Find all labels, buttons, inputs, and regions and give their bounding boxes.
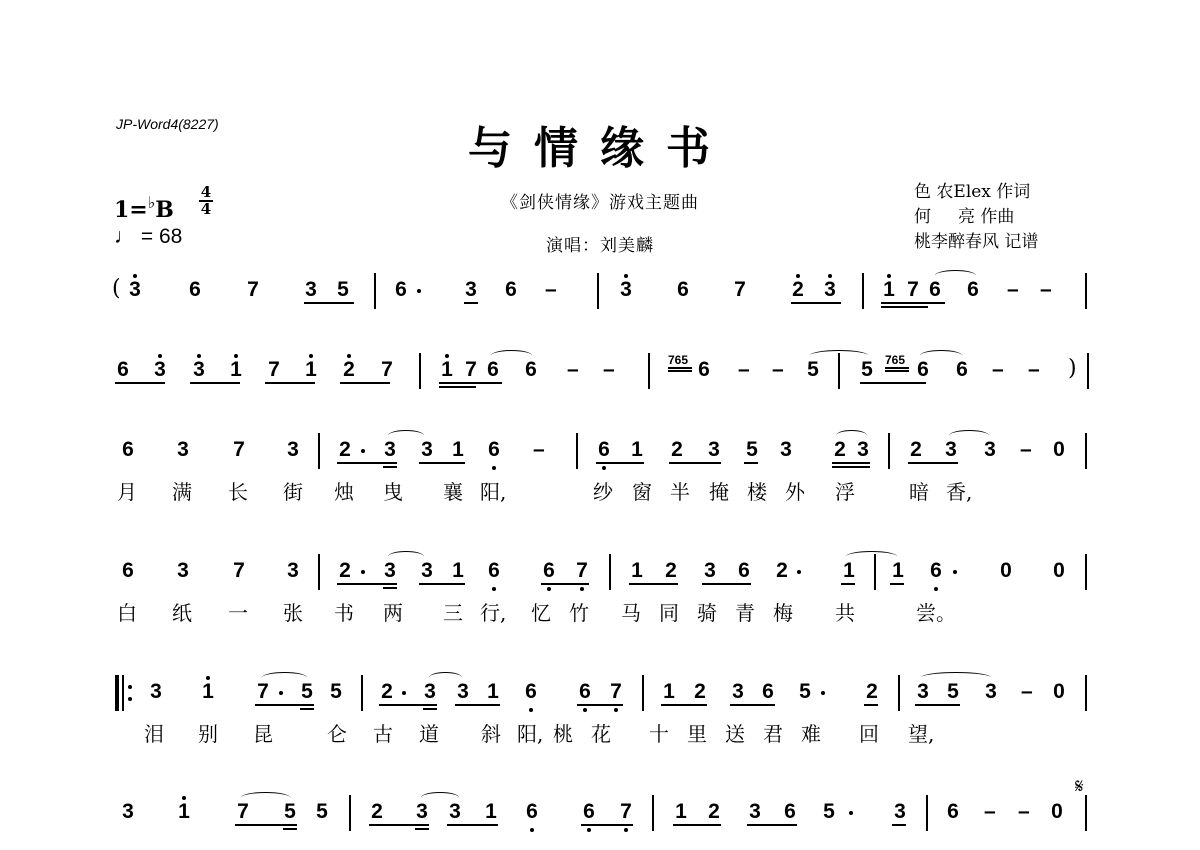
note: 0 [1052, 438, 1066, 462]
lyric-char: 尝。 [916, 601, 938, 625]
slur-arc [921, 672, 991, 683]
low-octave-dot [530, 828, 534, 832]
note: 7 [619, 800, 633, 824]
barline [642, 675, 644, 711]
note: 3 [707, 438, 721, 462]
barline [374, 273, 376, 309]
duration-underline [730, 704, 775, 706]
repeat-dot [128, 685, 132, 689]
song-title: 与情缘书 [0, 112, 1200, 176]
lyric-char: 两 [382, 601, 404, 625]
note: 0 [1052, 559, 1066, 583]
grace-underline [885, 367, 909, 369]
note: 6 [916, 358, 930, 382]
lyric-char: 泪 [143, 722, 165, 746]
duration-underline [423, 708, 437, 710]
note: 3 [420, 438, 434, 462]
sustain-dash: – [738, 358, 750, 382]
duration-underline [747, 824, 797, 826]
note: 6 [783, 800, 797, 824]
composer-credit: 何 亮 作曲 [914, 205, 1038, 230]
note: 2 [370, 800, 384, 824]
lyric-char: 纸 [171, 601, 193, 625]
note: 3 [823, 278, 837, 302]
augmentation-dot [402, 691, 406, 695]
duration-underline [439, 382, 502, 384]
note: 6 [394, 278, 408, 302]
lyric-char: 掩 [708, 480, 730, 504]
augmentation-dot [417, 289, 421, 293]
note: 3 [984, 680, 998, 704]
lyric-char: 月 [116, 480, 138, 504]
note: 2 [338, 438, 352, 462]
barline [609, 554, 611, 590]
lyric-char: 街 [282, 480, 304, 504]
lyric-char: 纱 [592, 480, 614, 504]
note: 1 [484, 800, 498, 824]
lyric-char: 斜 [480, 722, 502, 746]
note: 7 [380, 358, 394, 382]
duration-underline [383, 466, 397, 468]
slur-arc [949, 430, 989, 441]
duration-underline [464, 302, 478, 304]
duration-underline [908, 462, 958, 464]
lyric-char: 阳, [480, 480, 502, 504]
note: 3 [456, 680, 470, 704]
barline [1085, 795, 1087, 831]
note: 1 [451, 438, 465, 462]
duration-underline [661, 704, 707, 706]
lyric-char: 忆 [530, 601, 552, 625]
note: 6 [486, 358, 500, 382]
barline [1085, 433, 1087, 469]
quarter-note-icon: ♩ [114, 225, 135, 248]
slur-arc [810, 350, 868, 361]
lyric-char: 回 [858, 722, 880, 746]
lyric-char: 梅 [772, 601, 794, 625]
duration-underline [190, 382, 240, 384]
credits-block: 色 农Elex 作词 何 亮 作曲 桃李醉春风 记谱 [914, 180, 1038, 255]
augmentation-dot [361, 570, 365, 574]
note: 5 [329, 680, 343, 704]
high-octave-dot [158, 354, 162, 358]
sustain-dash: – [603, 358, 615, 382]
note: 3 [856, 438, 870, 462]
low-octave-dot [547, 587, 551, 591]
lyric-char: 半 [669, 480, 691, 504]
barline [888, 433, 890, 469]
duration-underline [383, 587, 397, 589]
repeat-thick-bar [115, 675, 119, 711]
duration-underline [881, 306, 928, 308]
note: 6 [966, 278, 980, 302]
augmentation-dot [797, 570, 801, 574]
lyric-char: 青 [734, 601, 756, 625]
note: 3 [121, 800, 135, 824]
repeat-thin-bar [122, 675, 124, 711]
note: 7 [236, 800, 250, 824]
lyric-char: 一 [227, 601, 249, 625]
duration-underline [541, 583, 589, 585]
duration-underline [447, 824, 498, 826]
lyric-char: 十 [648, 722, 670, 746]
duration-underline [860, 382, 926, 384]
note: 3 [893, 800, 907, 824]
note: 6 [121, 438, 135, 462]
note: 3 [176, 438, 190, 462]
grace-underline [668, 370, 692, 372]
note: 6 [487, 438, 501, 462]
slur-arc [935, 270, 976, 281]
lyric-char: 竹 [568, 601, 590, 625]
duration-underline [577, 704, 623, 706]
low-octave-dot [583, 708, 587, 712]
high-octave-dot [887, 274, 891, 278]
sustain-dash: – [984, 800, 996, 824]
note: 7 [575, 559, 589, 583]
duration-underline [283, 828, 297, 830]
note: 3 [464, 278, 478, 302]
note: 6 [525, 800, 539, 824]
sustain-dash: – [1040, 278, 1052, 302]
duration-underline [581, 824, 633, 826]
lyric-char: 浮 [834, 480, 856, 504]
barline [652, 795, 654, 831]
note: 3 [383, 438, 397, 462]
segno-icon: 𝄋 [1075, 774, 1084, 798]
high-octave-dot [206, 676, 210, 680]
lyric-char: 长 [227, 480, 249, 504]
note: 5 [745, 438, 759, 462]
grace-underline [668, 367, 692, 369]
high-octave-dot [445, 354, 449, 358]
slur-arc [846, 551, 897, 562]
lyric-char: 同 [658, 601, 680, 625]
tempo-value: = 68 [141, 225, 182, 248]
note: 2 [664, 559, 678, 583]
lyric-char: 骑 [696, 601, 718, 625]
grace-notes: 765 [885, 354, 905, 366]
lyric-char: 君 [762, 722, 784, 746]
barline [1085, 273, 1087, 309]
high-octave-dot [234, 354, 238, 358]
note: 5 [336, 278, 350, 302]
lyric-char: 共 [834, 601, 856, 625]
note: 6 [524, 680, 538, 704]
sustain-dash: – [533, 438, 545, 462]
slur-arc [836, 430, 867, 441]
low-octave-dot [580, 587, 584, 591]
duration-underline [455, 704, 500, 706]
duration-underline [890, 583, 904, 585]
lyric-char: 阳, [517, 722, 539, 746]
note: 3 [153, 358, 167, 382]
note: 7 [246, 278, 260, 302]
duration-underline [235, 824, 297, 826]
low-octave-dot [624, 828, 628, 832]
barline [349, 795, 351, 831]
note: 6 [116, 358, 130, 382]
note: 7 [267, 358, 281, 382]
lyric-char: 花 [590, 722, 612, 746]
note: 3 [619, 278, 633, 302]
lyric-char: 窗 [631, 480, 653, 504]
lyric-char: 送 [724, 722, 746, 746]
transcriber-credit: 桃李醉春风 记谱 [914, 230, 1038, 255]
sustain-dash: – [1018, 800, 1030, 824]
note: 3 [420, 559, 434, 583]
note: 1 [304, 358, 318, 382]
note: 7 [232, 438, 246, 462]
note: 1 [229, 358, 243, 382]
lyric-char: 桃 [552, 722, 574, 746]
lyric-char: 暗 [908, 480, 930, 504]
note: 0 [999, 559, 1013, 583]
duration-underline [337, 462, 397, 464]
duration-underline [369, 824, 429, 826]
lyric-char: 书 [333, 601, 355, 625]
note: 2 [342, 358, 356, 382]
high-octave-dot [133, 274, 137, 278]
lyric-char: 难 [800, 722, 822, 746]
note: 6 [582, 800, 596, 824]
duration-underline [841, 583, 855, 585]
lyric-char: 楼 [746, 480, 768, 504]
note: 1 [674, 800, 688, 824]
duration-underline [702, 583, 751, 585]
barline [1085, 675, 1087, 711]
note: 6 [597, 438, 611, 462]
lyric-char: 道 [418, 722, 440, 746]
barline [576, 433, 578, 469]
duration-underline [265, 382, 315, 384]
lyric-char: 行, [480, 601, 502, 625]
duration-underline [892, 824, 906, 826]
duration-underline [115, 382, 165, 384]
duration-underline [669, 462, 721, 464]
slur-arc [241, 792, 290, 803]
high-octave-dot [828, 274, 832, 278]
duration-underline [832, 462, 870, 464]
low-octave-dot [492, 466, 496, 470]
note: 1 [662, 680, 676, 704]
note: 6 [487, 559, 501, 583]
duration-underline [673, 824, 721, 826]
note: 1 [486, 680, 500, 704]
note: 6 [578, 680, 592, 704]
note: 0 [1052, 680, 1066, 704]
note: 6 [737, 559, 751, 583]
note: 2 [909, 438, 923, 462]
note: 5 [860, 358, 874, 382]
duration-underline [439, 386, 476, 388]
note: 2 [707, 800, 721, 824]
note: 6 [188, 278, 202, 302]
lyric-char: 望, [908, 722, 930, 746]
note: 7 [733, 278, 747, 302]
note: 2 [380, 680, 394, 704]
note: 1 [630, 559, 644, 583]
duration-underline [915, 704, 960, 706]
note: 6 [928, 278, 942, 302]
lyric-char: 昆 [252, 722, 274, 746]
lyric-char: 襄 [442, 480, 464, 504]
lyric-char: 马 [620, 601, 642, 625]
note: 5 [798, 680, 812, 704]
sustain-dash: – [992, 358, 1004, 382]
slur-arc [920, 350, 962, 361]
note: 0 [1050, 800, 1064, 824]
note: 5 [806, 358, 820, 382]
note: 1 [891, 559, 905, 583]
sustain-dash: – [567, 358, 579, 382]
barline [862, 273, 864, 309]
sustain-dash: – [1020, 438, 1032, 462]
high-octave-dot [347, 354, 351, 358]
note: 3 [944, 438, 958, 462]
note: 6 [542, 559, 556, 583]
note: 7 [906, 278, 920, 302]
lyric-char: 别 [197, 722, 219, 746]
barline [898, 675, 900, 711]
note: 6 [504, 278, 518, 302]
duration-underline [415, 828, 429, 830]
lyric-char: 满 [171, 480, 193, 504]
open-parenthesis: ( [112, 277, 121, 301]
note: 5 [315, 800, 329, 824]
high-octave-dot [197, 354, 201, 358]
note: 1 [451, 559, 465, 583]
duration-underline [832, 466, 870, 468]
note: 6 [676, 278, 690, 302]
lyric-char: 三 [442, 601, 464, 625]
note: 6 [697, 358, 711, 382]
note: 2 [791, 278, 805, 302]
note: 3 [983, 438, 997, 462]
slur-arc [491, 350, 532, 361]
barline [597, 273, 599, 309]
note: 3 [423, 680, 437, 704]
note: 2 [865, 680, 879, 704]
lyric-char: 仑 [326, 722, 348, 746]
augmentation-dot [953, 570, 957, 574]
low-octave-dot [602, 466, 606, 470]
high-octave-dot [182, 796, 186, 800]
note: 2 [338, 559, 352, 583]
note: 3 [286, 438, 300, 462]
note: 1 [201, 680, 215, 704]
barline [1085, 554, 1087, 590]
note: 7 [232, 559, 246, 583]
duration-underline [300, 708, 314, 710]
barline [648, 353, 650, 389]
slur-arc [429, 672, 462, 683]
lyric-char: 香, [946, 480, 968, 504]
note: 7 [256, 680, 270, 704]
note: 1 [842, 559, 856, 583]
low-octave-dot [934, 587, 938, 591]
sustain-dash: – [1007, 278, 1019, 302]
duration-underline [340, 382, 390, 384]
note: 6 [524, 358, 538, 382]
note: 3 [192, 358, 206, 382]
tempo-marking: ♩ = 68 [114, 225, 182, 249]
note: 6 [955, 358, 969, 382]
note: 7 [609, 680, 623, 704]
duration-underline [255, 704, 314, 706]
note: 6 [929, 559, 943, 583]
low-octave-dot [587, 828, 591, 832]
duration-underline [864, 704, 878, 706]
note: 3 [149, 680, 163, 704]
time-signature-bottom: 4 [199, 203, 213, 216]
note: 2 [693, 680, 707, 704]
lyric-char: 烛 [333, 480, 355, 504]
barline [318, 433, 320, 469]
sustain-dash: – [545, 278, 557, 302]
barline [1087, 353, 1089, 389]
note: 5 [300, 680, 314, 704]
lyric-char: 白 [116, 601, 138, 625]
augmentation-dot [361, 449, 365, 453]
barline [318, 554, 320, 590]
low-octave-dot [492, 587, 496, 591]
duration-underline [744, 462, 758, 464]
duration-underline [791, 302, 841, 304]
note: 3 [286, 559, 300, 583]
note: 2 [670, 438, 684, 462]
note: 3 [176, 559, 190, 583]
note: 1 [882, 278, 896, 302]
key-signature: 1=♭B [114, 193, 174, 223]
high-octave-dot [624, 274, 628, 278]
grace-notes: 765 [668, 354, 688, 366]
duration-underline [596, 462, 644, 464]
note: 3 [748, 800, 762, 824]
note: 2 [775, 559, 789, 583]
duration-underline [419, 583, 465, 585]
time-signature: 4 4 [199, 186, 213, 216]
note: 2 [833, 438, 847, 462]
note: 6 [121, 559, 135, 583]
key-note: B [155, 197, 174, 223]
lyric-char: 外 [784, 480, 806, 504]
slur-arc [421, 792, 459, 803]
lyric-char: 曳 [382, 480, 404, 504]
low-octave-dot [614, 708, 618, 712]
note: 3 [916, 680, 930, 704]
note: 6 [946, 800, 960, 824]
augmentation-dot [849, 811, 853, 815]
note: 5 [283, 800, 297, 824]
sustain-dash: – [772, 358, 784, 382]
barline [926, 795, 928, 831]
duration-underline [379, 704, 437, 706]
lyricist-credit: 色 农Elex 作词 [914, 180, 1038, 205]
barline [361, 675, 363, 711]
note: 3 [304, 278, 318, 302]
duration-underline [881, 302, 945, 304]
note: 3 [128, 278, 142, 302]
note: 1 [630, 438, 644, 462]
duration-underline [304, 302, 354, 304]
note: 5 [946, 680, 960, 704]
key-prefix: 1= [114, 197, 148, 223]
high-octave-dot [309, 354, 313, 358]
sustain-dash: – [1028, 358, 1040, 382]
note: 3 [731, 680, 745, 704]
time-signature-top: 4 [199, 186, 213, 199]
